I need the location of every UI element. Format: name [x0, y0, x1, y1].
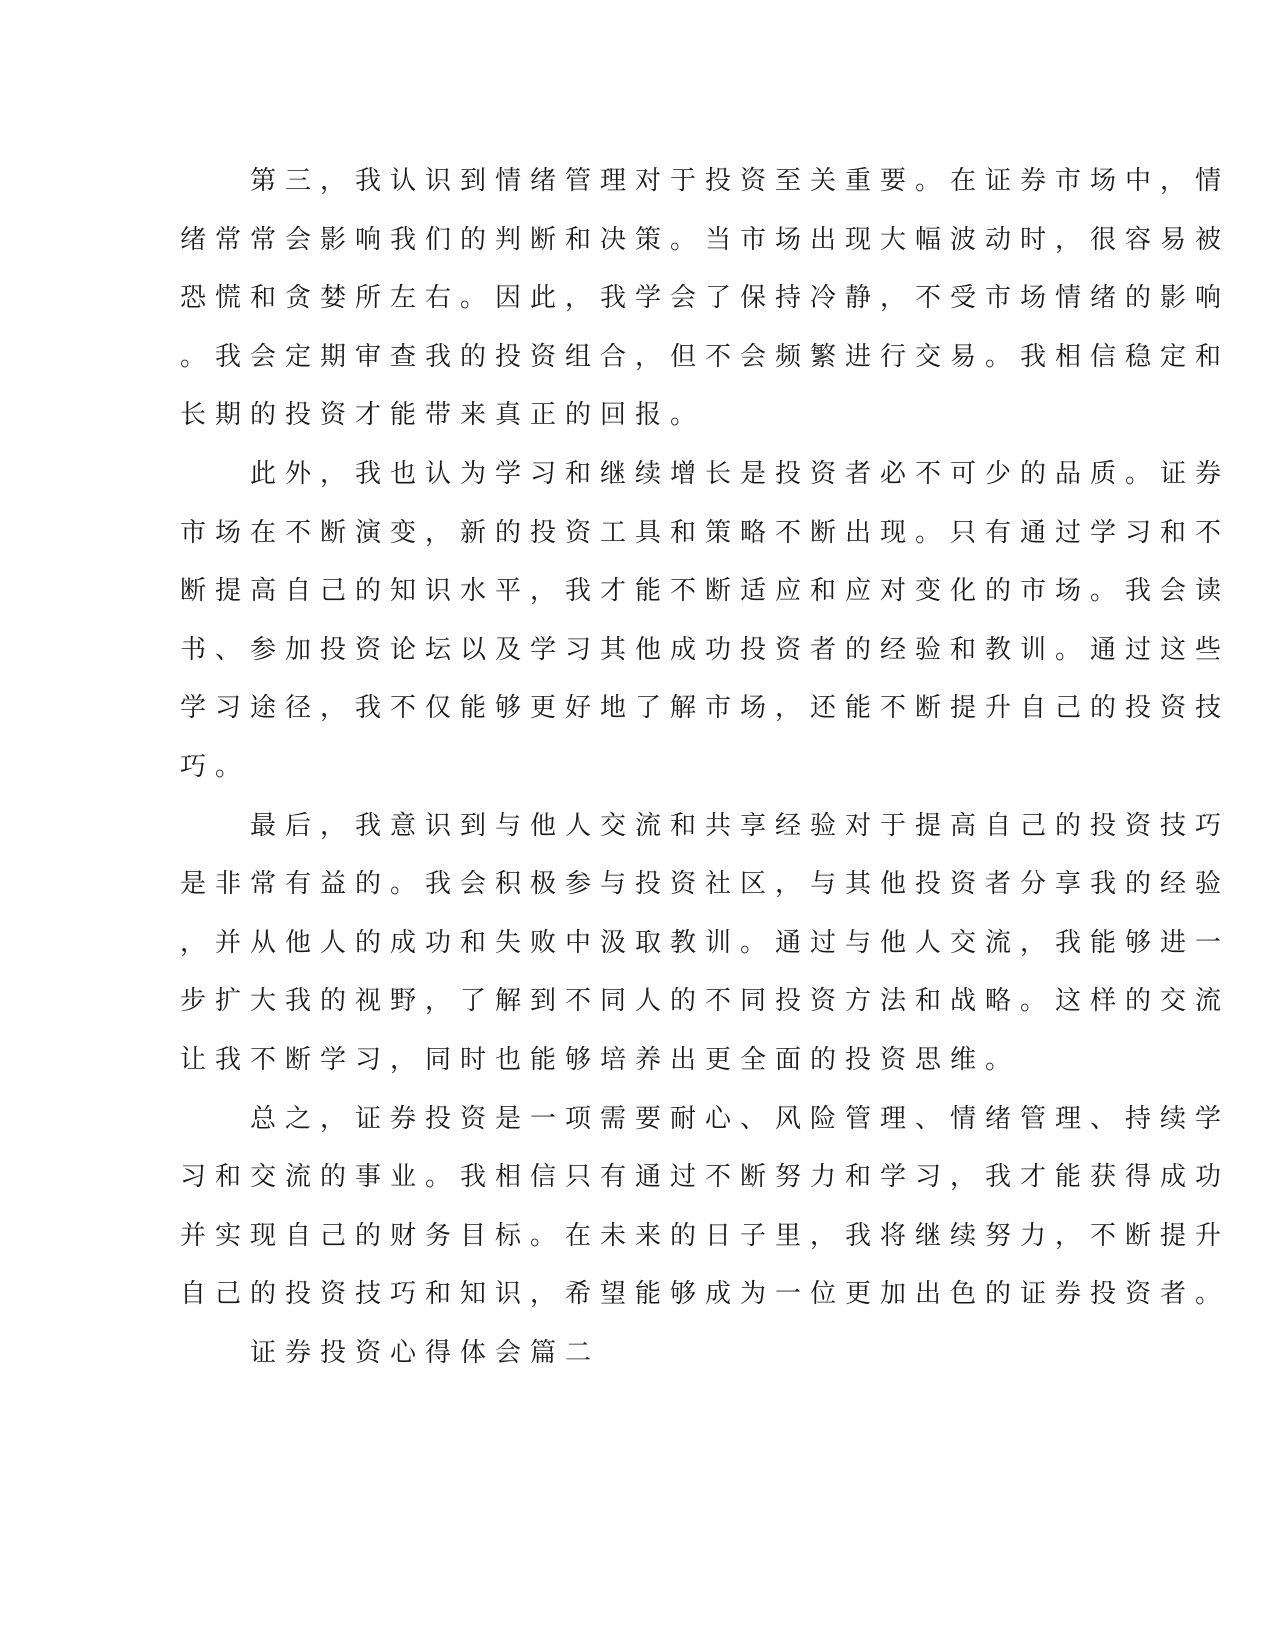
text-line: 是非常有益的。我会积极参与投资社区，与其他投资者分享我的经验: [180, 855, 1030, 914]
text-line: 绪常常会影响我们的判断和决策。当市场出现大幅波动时，很容易被: [180, 211, 1030, 270]
text-line: 此外，我也认为学习和继续增长是投资者必不可少的品质。证券: [180, 445, 1030, 504]
section-heading: 证券投资心得体会篇二: [180, 1324, 1030, 1383]
text-line: 并实现自己的财务目标。在未来的日子里，我将继续努力，不断提升: [180, 1207, 1030, 1266]
paragraph-continuous-learning: 此外，我也认为学习和继续增长是投资者必不可少的品质。证券 市场在不断演变，新的投…: [180, 445, 1030, 797]
text-line: 步扩大我的视野，了解到不同人的不同投资方法和战略。这样的交流: [180, 972, 1030, 1031]
document-page: 第三，我认识到情绪管理对于投资至关重要。在证券市场中，情 绪常常会影响我们的判断…: [180, 152, 1030, 1382]
text-line: 书、参加投资论坛以及学习其他成功投资者的经验和教训。通过这些: [180, 621, 1030, 680]
text-line: 总之，证券投资是一项需要耐心、风险管理、情绪管理、持续学: [180, 1090, 1030, 1149]
paragraph-conclusion: 总之，证券投资是一项需要耐心、风险管理、情绪管理、持续学 习和交流的事业。我相信…: [180, 1090, 1030, 1324]
text-line: 市场在不断演变，新的投资工具和策略不断出现。只有通过学习和不: [180, 504, 1030, 563]
text-line: 断提高自己的知识水平，我才能不断适应和应对变化的市场。我会读: [180, 562, 1030, 621]
text-line: ，并从他人的成功和失败中汲取教训。通过与他人交流，我能够进一: [180, 914, 1030, 973]
text-line: 学习途径，我不仅能够更好地了解市场，还能不断提升自己的投资技: [180, 679, 1030, 738]
text-line: 巧。: [180, 738, 1030, 797]
text-line: 恐慌和贪婪所左右。因此，我学会了保持冷静，不受市场情绪的影响: [180, 269, 1030, 328]
text-line: 让我不断学习，同时也能够培养出更全面的投资思维。: [180, 1031, 1030, 1090]
text-line: 第三，我认识到情绪管理对于投资至关重要。在证券市场中，情: [180, 152, 1030, 211]
text-line: 习和交流的事业。我相信只有通过不断努力和学习，我才能获得成功: [180, 1148, 1030, 1207]
text-line: 最后，我意识到与他人交流和共享经验对于提高自己的投资技巧: [180, 797, 1030, 856]
text-line: 自己的投资技巧和知识，希望能够成为一位更加出色的证券投资者。: [180, 1265, 1030, 1324]
text-line: 长期的投资才能带来真正的回报。: [180, 386, 1030, 445]
paragraph-emotion-management: 第三，我认识到情绪管理对于投资至关重要。在证券市场中，情 绪常常会影响我们的判断…: [180, 152, 1030, 445]
paragraph-sharing-experience: 最后，我意识到与他人交流和共享经验对于提高自己的投资技巧 是非常有益的。我会积极…: [180, 797, 1030, 1090]
text-line: 。我会定期审查我的投资组合，但不会频繁进行交易。我相信稳定和: [180, 328, 1030, 387]
